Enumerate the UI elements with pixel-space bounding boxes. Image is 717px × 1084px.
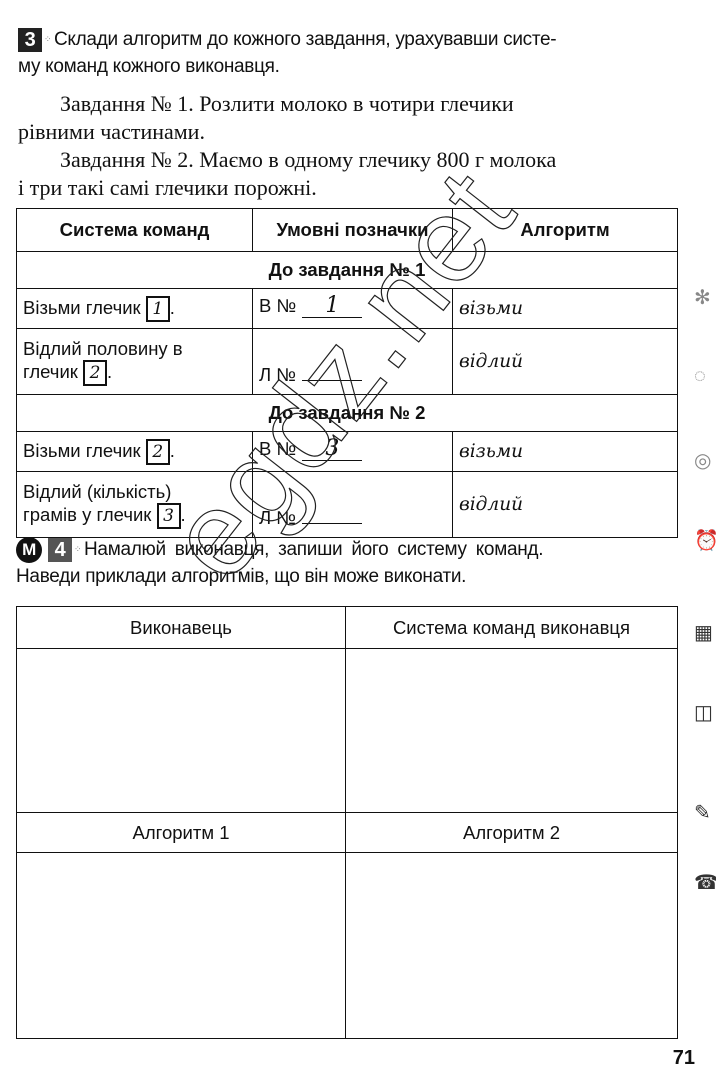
symbol-answer-field[interactable]: 1: [302, 295, 362, 318]
algorithm-answer-field[interactable]: візьми: [453, 432, 678, 472]
table-row: [17, 649, 678, 813]
column-header: Виконавець: [17, 607, 346, 649]
problem-2-line: Завдання № 2. Маємо в одному глечику 800…: [18, 146, 708, 174]
command-text: Відлий (кількість): [23, 481, 171, 502]
command-system-answer-area[interactable]: [346, 649, 678, 813]
symbol-cell: В №1: [253, 289, 453, 329]
pencil-icon: ✎: [694, 800, 716, 826]
command-cell: Візьми глечик 1.: [17, 289, 253, 329]
task-number-badge: 4: [48, 538, 72, 562]
punctuation: .: [170, 296, 175, 317]
command-text: глечик: [23, 360, 78, 381]
dotted-separator-icon: ⁘: [44, 36, 50, 43]
jug-box: 3: [157, 503, 181, 529]
command-cell: Відлий (кількість)грамів у глечик 3.: [17, 472, 253, 538]
symbol-answer-field[interactable]: [302, 380, 362, 381]
table-header-row: Система команд Умовні позначки Алгоритм: [17, 209, 678, 252]
instruction-line: Намалюй виконавця, запиши його систему к…: [84, 539, 543, 560]
command-cell: Відлий половину вглечик 2.: [17, 329, 253, 395]
symbol-prefix: Л №: [259, 507, 296, 528]
column-header: Алгоритм: [453, 209, 678, 252]
dotted-separator-icon: ⁘: [74, 546, 80, 553]
punctuation: .: [170, 439, 175, 460]
instruction-line: Склади алгоритм до кожного завдання, ура…: [54, 29, 556, 50]
column-header: Умовні позначки: [253, 209, 453, 252]
table-row: Візьми глечик 1. В №1 візьми: [17, 289, 678, 329]
jug-box: 1: [146, 296, 170, 322]
algorithm-1-answer-area[interactable]: [17, 853, 346, 1039]
table-row: Візьми глечик 2. В №3 візьми: [17, 432, 678, 472]
task3-instruction: 3⁘Склади алгоритм до кожного завдання, у…: [18, 26, 708, 80]
table-row: [17, 853, 678, 1039]
punctuation: .: [107, 360, 112, 381]
book-icon: ◫: [694, 700, 716, 726]
calculator-icon: ▦: [694, 620, 716, 646]
instruction-line: Наведи приклади алгоритмів, що він може …: [16, 566, 466, 587]
command-text: грамів у глечик: [23, 503, 151, 524]
m-marker-icon: M: [16, 537, 42, 563]
telephone-icon: ☎: [694, 870, 716, 896]
task3-table: Система команд Умовні позначки Алгоритм …: [16, 208, 678, 538]
column-header: Система команд: [17, 209, 253, 252]
command-text: Візьми глечик: [23, 439, 141, 460]
algorithm-answer-field[interactable]: відлий: [453, 472, 678, 538]
column-header: Алгоритм 1: [17, 813, 346, 853]
column-header: Система команд виконавця: [346, 607, 678, 649]
symbol-answer-field[interactable]: 3: [302, 438, 362, 461]
column-header: Алгоритм 2: [346, 813, 678, 853]
stamp-icon: ✻: [694, 285, 716, 311]
symbol-prefix: В №: [259, 295, 296, 316]
command-text: Відлий половину в: [23, 338, 183, 359]
symbol-prefix: В №: [259, 438, 296, 459]
problem-1-line: рівними частинами.: [18, 118, 708, 146]
table-header-row: Виконавець Система команд виконавця: [17, 607, 678, 649]
alarm-clock-icon: ⏰: [694, 528, 716, 554]
problem-1-line: Завдання № 1. Розлити молоко в чотири гл…: [18, 90, 708, 118]
algorithm-2-answer-area[interactable]: [346, 853, 678, 1039]
task3-problem-2: Завдання № 2. Маємо в одному глечику 800…: [18, 146, 708, 202]
instruction-line: му команд кожного виконавця.: [18, 56, 280, 77]
clock-icon: ◎: [694, 448, 716, 474]
command-text: Візьми глечик: [23, 296, 141, 317]
table-row: Відлий (кількість)грамів у глечик 3. Л №…: [17, 472, 678, 538]
symbol-prefix: Л №: [259, 364, 296, 385]
jug-box: 2: [146, 439, 170, 465]
symbol-cell: В №3: [253, 432, 453, 472]
algorithm-answer-field[interactable]: візьми: [453, 289, 678, 329]
symbol-cell: Л №: [253, 472, 453, 538]
punctuation: .: [181, 503, 186, 524]
task-number-badge: 3: [18, 28, 42, 52]
task4-table: Виконавець Система команд виконавця Алго…: [16, 606, 678, 1039]
symbol-cell: Л №: [253, 329, 453, 395]
table-row: Відлий половину вглечик 2. Л № відлий: [17, 329, 678, 395]
command-cell: Візьми глечик 2.: [17, 432, 253, 472]
glasses-icon: ◌: [694, 365, 716, 391]
jug-box: 2: [83, 360, 107, 386]
symbol-answer-field[interactable]: [302, 523, 362, 524]
section-row: До завдання № 1: [17, 252, 678, 289]
performer-drawing-area[interactable]: [17, 649, 346, 813]
problem-2-line: і три такі самі глечики порожні.: [18, 174, 708, 202]
section-title: До завдання № 1: [17, 252, 678, 289]
section-title: До завдання № 2: [17, 395, 678, 432]
task3-problem-1: Завдання № 1. Розлити молоко в чотири гл…: [18, 90, 708, 146]
algorithm-answer-field[interactable]: відлий: [453, 329, 678, 395]
table-header-row: Алгоритм 1 Алгоритм 2: [17, 813, 678, 853]
page-number: 71: [673, 1047, 695, 1070]
section-row: До завдання № 2: [17, 395, 678, 432]
task4-instruction: M4⁘Намалюй виконавця, запиши його систем…: [16, 536, 706, 590]
